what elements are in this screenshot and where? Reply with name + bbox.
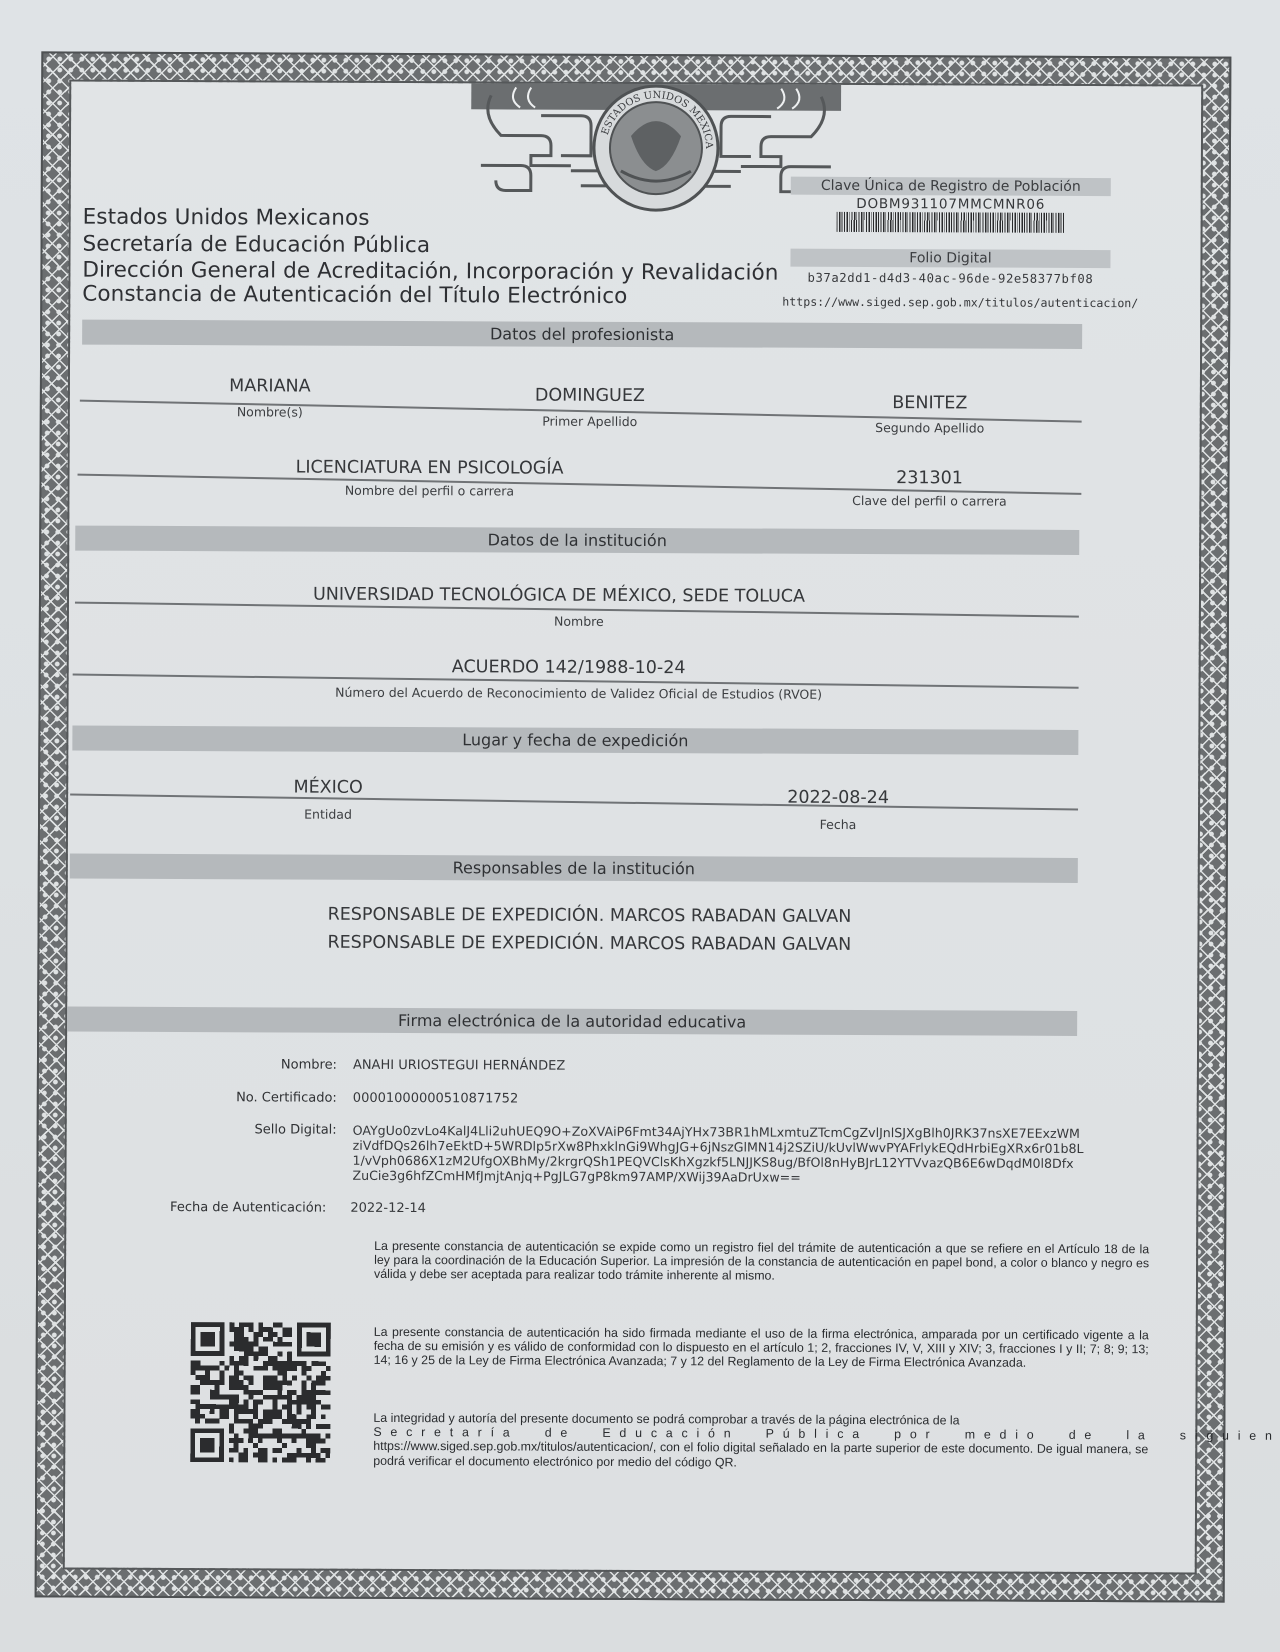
folio-label: Folio Digital <box>790 249 1110 268</box>
curp-value: DOBM931107MMCMNR06 <box>791 196 1111 213</box>
legal-p3-line: https://www.siged.sep.gob.mx/titulos/aut… <box>373 1439 1148 1471</box>
clave-carrera-value: 231301 <box>829 468 1029 489</box>
header-line-country: Estados Unidos Mexicanos <box>83 204 779 234</box>
responsable-item: RESPONSABLE DE EXPEDICIÓN. MARCOS RABADA… <box>327 933 847 955</box>
section-firma-electronica: Firma electrónica de la autoridad educat… <box>67 1007 1077 1036</box>
carrera-label: Nombre del perfil o carrera <box>319 483 539 499</box>
folio-value: b37a2dd1-d4d3-40ac-96de-92e58377bf08 <box>790 269 1110 288</box>
rvoe-label: Número del Acuerdo de Reconocimiento de … <box>309 685 849 702</box>
divider-line <box>70 794 1078 811</box>
responsable-item: RESPONSABLE DE EXPEDICIÓN. MARCOS RABADA… <box>328 905 848 927</box>
sello-digital-label: Sello Digital: <box>97 1122 337 1138</box>
verification-url[interactable]: https://www.siged.sep.gob.mx/titulos/aut… <box>782 295 1122 310</box>
segundo-apellido-label: Segundo Apellido <box>830 420 1030 436</box>
qr-code-icon <box>190 1322 331 1463</box>
nombre-label: Nombre(s) <box>170 404 370 420</box>
fecha-autenticacion-label: Fecha de Autenticación: <box>86 1200 326 1216</box>
sello-digital-value: OAYgUo0zvLo4KalJ4Lli2uhUEQ9O+ZoXVAiP6Fmt… <box>352 1123 1122 1186</box>
legal-paragraph-2: La presente constancia de autenticación … <box>374 1325 1149 1371</box>
entidad-label: Entidad <box>278 806 378 821</box>
issuer-header: Estados Unidos Mexicanos Secretaría de E… <box>82 204 779 311</box>
barcode-icon <box>837 212 1065 233</box>
folio-block: Folio Digital b37a2dd1-d4d3-40ac-96de-92… <box>790 249 1110 288</box>
carrera-value: LICENCIATURA EN PSICOLOGÍA <box>280 457 580 478</box>
certificate-body: ESTADOS UNIDOS MEXICANOS Estados Unidos … <box>63 80 1203 1575</box>
firma-nombre-label: Nombre: <box>97 1057 337 1073</box>
institucion-nombre-label: Nombre <box>479 613 679 629</box>
segundo-apellido-value: BENITEZ <box>830 393 1030 414</box>
rvoe-value: ACUERDO 142/1988-10-24 <box>409 657 729 678</box>
section-responsables: Responsables de la institución <box>70 854 1078 883</box>
primer-apellido-value: DOMINGUEZ <box>490 385 690 406</box>
curp-block: Clave Única de Registro de Población DOB… <box>791 177 1111 233</box>
section-lugar-fecha: Lugar y fecha de expedición <box>72 726 1078 755</box>
section-datos-institucion: Datos de la institución <box>75 526 1079 555</box>
fecha-autenticacion-value: 2022-12-14 <box>350 1201 426 1216</box>
entidad-value: MÉXICO <box>258 777 398 798</box>
certificate-frame: ESTADOS UNIDOS MEXICANOS Estados Unidos … <box>35 51 1232 1602</box>
curp-label: Clave Única de Registro de Población <box>791 177 1111 196</box>
nombre-value: MARIANA <box>170 376 370 397</box>
section-datos-profesionista: Datos del profesionista <box>82 320 1082 349</box>
primer-apellido-label: Primer Apellido <box>490 413 690 429</box>
certificado-label: No. Certificado: <box>97 1090 337 1106</box>
fecha-expedicion-label: Fecha <box>788 817 888 832</box>
institucion-nombre-value: UNIVERSIDAD TECNOLÓGICA DE MÉXICO, SEDE … <box>299 585 819 607</box>
legal-paragraph-1: La presente constancia de autenticación … <box>374 1239 1149 1285</box>
firma-nombre-value: ANAHI URIOSTEGUI HERNÁNDEZ <box>353 1058 565 1074</box>
national-seal-icon: ESTADOS UNIDOS MEXICANOS <box>471 65 842 217</box>
document-page: ESTADOS UNIDOS MEXICANOS Estados Unidos … <box>0 0 1280 1652</box>
certificado-value: 00001000000510871752 <box>353 1091 518 1107</box>
clave-carrera-label: Clave del perfil o carrera <box>829 493 1029 509</box>
legal-paragraph-3: La integridad y autoría del presente doc… <box>373 1411 1148 1471</box>
